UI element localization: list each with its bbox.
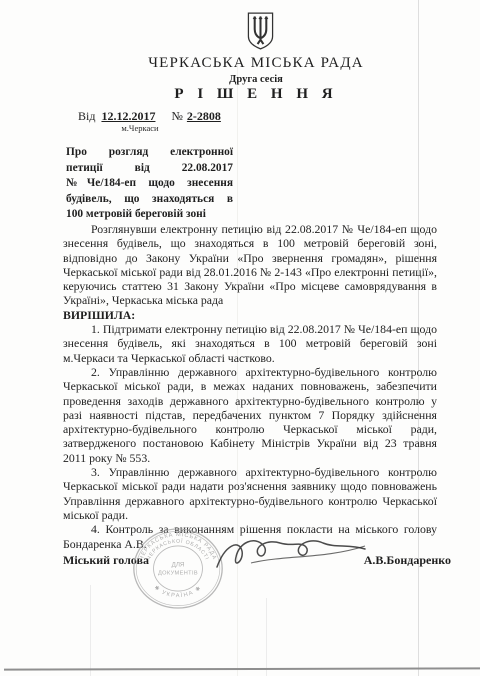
subject-line: Про розгляд електронної bbox=[66, 145, 233, 161]
date-number-line: Від12.12.2017№2-2808 bbox=[78, 109, 221, 124]
resolution-item: 1. Підтримати електронну петицію від 22.… bbox=[63, 322, 437, 365]
resolved-label: ВИРІШИЛА: bbox=[63, 308, 437, 322]
number-value: 2-2808 bbox=[187, 109, 221, 123]
stamp-center-line1: ДЛЯ bbox=[172, 562, 185, 569]
document-type-title: Р І Ш Е Н Н Я bbox=[32, 86, 480, 103]
handwritten-signature bbox=[213, 533, 373, 585]
subject-line: петиції від 22.08.2017 bbox=[66, 161, 233, 177]
date-value: 12.12.2017 bbox=[101, 109, 155, 123]
coat-of-arms-trident-icon bbox=[246, 11, 275, 51]
date-label: Від bbox=[78, 109, 95, 123]
stamp-center-line2: ДОКУМЕНТІВ bbox=[158, 571, 198, 577]
svg-text:✱ УКРАЇНА ✱: ✱ УКРАЇНА ✱ bbox=[153, 584, 204, 599]
scan-edge-line bbox=[4, 667, 480, 670]
preamble-paragraph: Розглянувши електронну петицію від 22.08… bbox=[63, 222, 437, 308]
document-page: ЧЕРКАСЬКА МІСЬКА РАДА Друга сесія Р І Ш … bbox=[0, 0, 480, 676]
stamp-ring-bottom-text: ✱ УКРАЇНА ✱ bbox=[153, 584, 204, 599]
resolution-item: 2. Управлінню державного архітектурно-бу… bbox=[63, 365, 437, 465]
signatory-name: А.В.Бондаренко bbox=[364, 553, 451, 568]
subject-line: №Че/184-еп щодо знесення bbox=[66, 176, 233, 192]
organization-name: ЧЕРКАСЬКА МІСЬКА РАДА bbox=[32, 55, 480, 72]
official-seal-stamp: ЧЕРКАСЬКА МІСЬКА РАДА ЧЕРКАСЬКОЇ ОБЛАСТІ… bbox=[131, 526, 225, 611]
scan-fold-line bbox=[90, 585, 91, 676]
subject-line: будівель, що знаходяться в bbox=[66, 192, 233, 208]
scan-fold-line bbox=[266, 598, 267, 676]
document-header: ЧЕРКАСЬКА МІСЬКА РАДА Друга сесія Р І Ш … bbox=[32, 55, 480, 103]
document-body: Розглянувши електронну петицію від 22.08… bbox=[63, 222, 437, 551]
place-label: м.Черкаси bbox=[108, 123, 172, 133]
resolution-item: 3. Управлінню державного архітектурно-бу… bbox=[63, 465, 437, 522]
subject-line: 100 метровій береговій зоні bbox=[66, 207, 233, 223]
subject-block: Про розгляд електронної петиції від 22.0… bbox=[66, 145, 233, 223]
session-label: Друга сесія bbox=[32, 74, 480, 85]
number-label: № bbox=[171, 109, 182, 123]
